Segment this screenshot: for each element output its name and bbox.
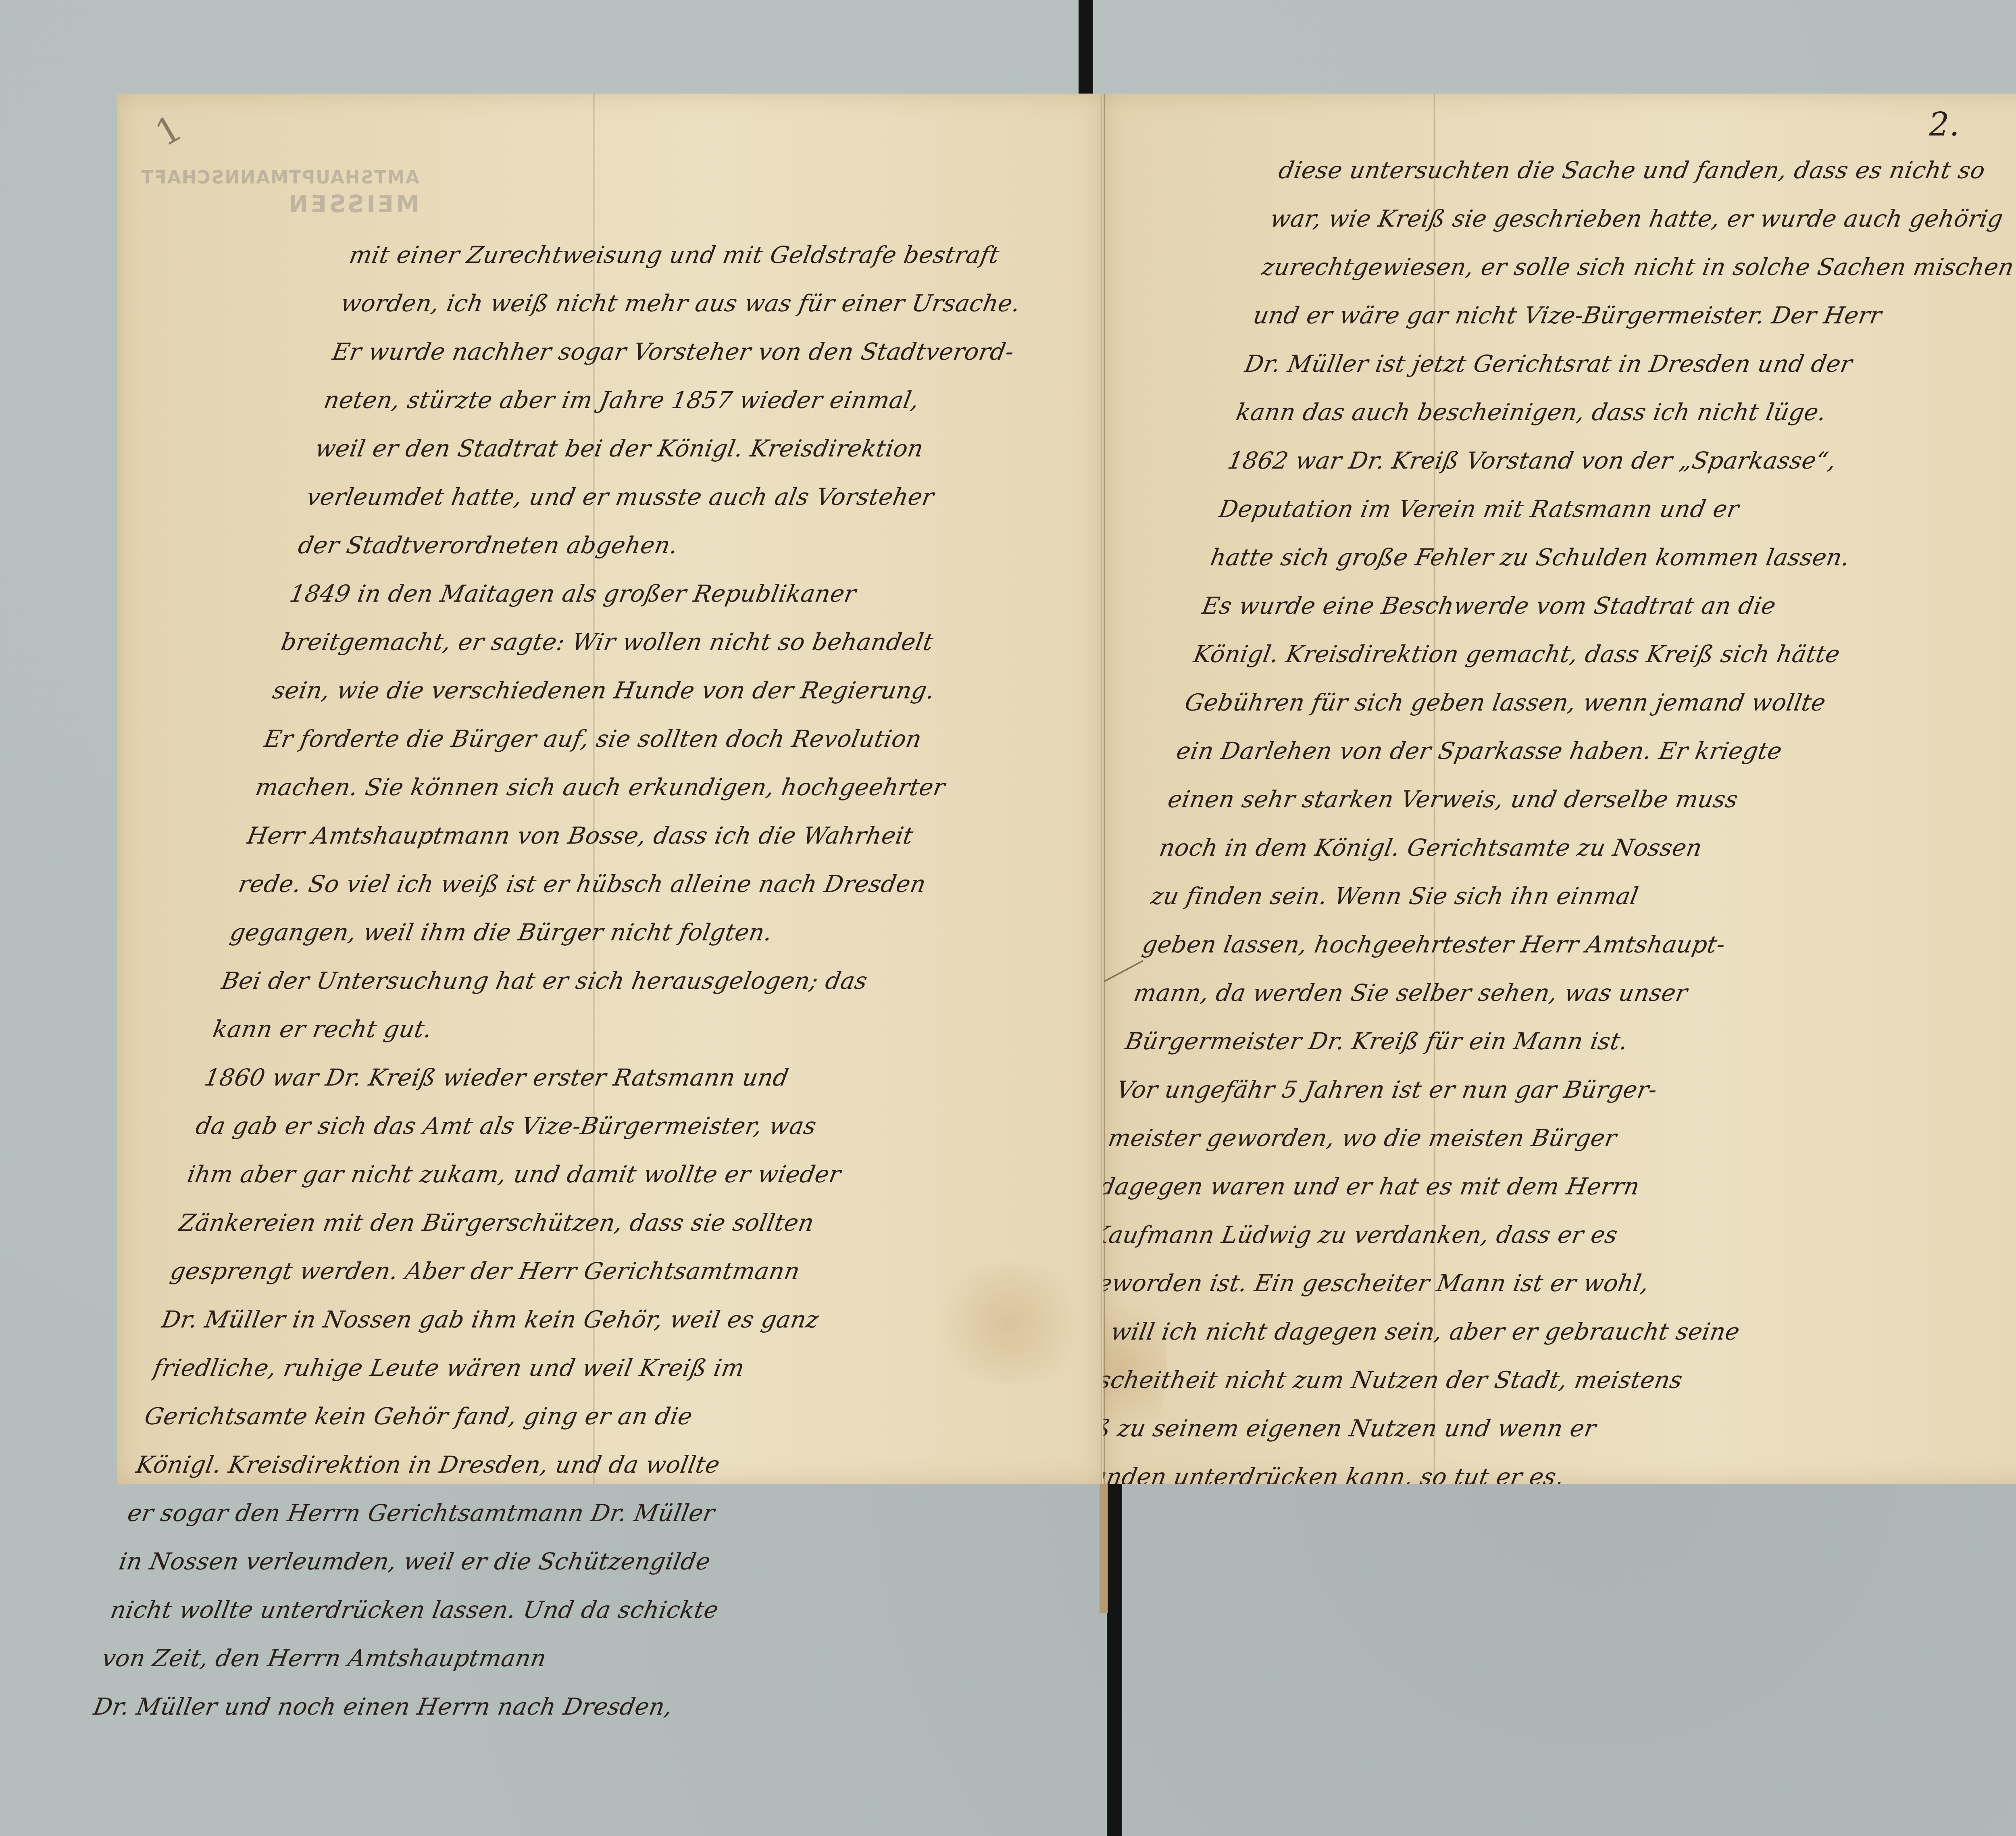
handwritten-line: machen. Sie können sich auch erkundigen,… xyxy=(252,763,1107,811)
handwritten-line: gesprengt werden. Aber der Herr Gerichts… xyxy=(166,1247,1021,1295)
handwritten-line: Königl. Kreisdirektion gemacht, dass Kre… xyxy=(1189,630,2016,678)
handwritten-line: gegangen, weil ihm die Bürger nicht folg… xyxy=(226,908,1081,957)
handwritten-line: 1862 war Dr. Kreiß Vorstand von der „Spa… xyxy=(1224,436,2016,485)
handwritten-line: einen sehr starken Verweis, und derselbe… xyxy=(1164,775,2016,823)
document-spread: 1 AMTSHAUPTMANNSCHAFT MEISSEN mit einer … xyxy=(117,94,2016,1484)
handwritten-line: und er wäre gar nicht Vize-Bürgermeister… xyxy=(1249,291,2016,340)
handwritten-line: ein Darlehen von der Sparkasse haben. Er… xyxy=(1173,727,2016,775)
handwritten-line: rede. So viel ich weiß ist er hübsch all… xyxy=(235,860,1090,908)
handwritten-line: diese untersuchten die Sache und fanden,… xyxy=(1275,146,2016,194)
handwritten-line: da will ich nicht dagegen sein, aber er … xyxy=(1070,1307,1966,1356)
handwritten-line: weil er den Stadtrat bei der Königl. Kre… xyxy=(311,424,1166,473)
handwritten-line: worden, ich weiß nicht mehr aus was für … xyxy=(337,279,1192,327)
handwritten-line: Dr. Müller in Nossen gab ihm kein Gehör,… xyxy=(158,1295,1013,1344)
handwritten-line: meister geworden, wo die meisten Bürger xyxy=(1104,1114,2000,1162)
spine-fold xyxy=(1101,94,1105,1484)
handwritten-line: Bei der Untersuchung hat er sich herausg… xyxy=(217,957,1073,1005)
handwritten-line: sein, wie die verschiedenen Hunde von de… xyxy=(269,666,1124,715)
handwritten-line: Dr. Müller ist jetzt Gerichtsrat in Dres… xyxy=(1241,340,2016,388)
handwritten-line: zurechtgewiesen, er solle sich nicht in … xyxy=(1258,243,2016,291)
handwritten-line: war, wie Kreiß sie geschrieben hatte, er… xyxy=(1266,194,2016,243)
handwritten-line: nicht wollte unterdrücken lassen. Und da… xyxy=(106,1586,962,1634)
handwritten-line: Zänkereien mit den Bürgerschützen, dass … xyxy=(175,1198,1030,1247)
left-page: 1 AMTSHAUPTMANNSCHAFT MEISSEN mit einer … xyxy=(117,94,1103,1484)
handwritten-line: von Zeit, den Herrn Amtshauptmann xyxy=(98,1634,953,1682)
handwritten-line: geben lassen, hochgeehrtester Herr Amtsh… xyxy=(1138,920,2016,969)
handwritten-line: kann er recht gut. xyxy=(209,1005,1064,1053)
handwritten-line: Kaufmann Lüdwig zu verdanken, dass er es xyxy=(1087,1211,1983,1259)
handwritten-line: 1860 war Dr. Kreiß wieder erster Ratsman… xyxy=(200,1053,1056,1102)
handwritten-line: da gab er sich das Amt als Vize-Bürgerme… xyxy=(192,1102,1047,1150)
handwritten-line: Bürgermeister Dr. Kreiß für ein Mann ist… xyxy=(1121,1017,2016,1065)
handwritten-line: Er forderte die Bürger auf, sie sollten … xyxy=(260,715,1115,763)
handwritten-line: breitgemacht, er sagte: Wir wollen nicht… xyxy=(277,618,1133,666)
handwritten-line: mit einer Zurechtweisung und mit Geldstr… xyxy=(346,231,1201,279)
handwritten-line: verleumdet hatte, und er musste auch als… xyxy=(303,473,1158,521)
handwritten-line: Dr. Müller und noch einen Herrn nach Dre… xyxy=(90,1682,945,1731)
handwritten-line: Gerichtsamte kein Gehör fand, ging er an… xyxy=(141,1392,996,1440)
handwritten-line: Er wurde nachher sogar Vorsteher von den… xyxy=(328,327,1183,376)
page-number: 2. xyxy=(1929,106,1960,143)
handwritten-line: in Nossen verleumden, weil er die Schütz… xyxy=(115,1537,971,1586)
handwritten-line: friedliche, ruhige Leute wären und weil … xyxy=(149,1344,1004,1392)
right-page: 2. diese untersuchten die Sache und fand… xyxy=(1103,94,2016,1484)
handwritten-line: Gebühren für sich geben lassen, wenn jem… xyxy=(1181,678,2016,727)
handwritten-line: hatte sich große Fehler zu Schulden komm… xyxy=(1207,533,2016,581)
handwritten-line: Vor ungefähr 5 Jahren ist er nun gar Bür… xyxy=(1113,1065,2008,1114)
margin-mark: 1 xyxy=(148,107,190,155)
right-page-text: diese untersuchten die Sache und fanden,… xyxy=(1019,146,2016,1646)
stamp-line: AMTSHAUPTMANNSCHAFT xyxy=(290,166,419,189)
handwritten-line: der Stadtverordneten abgehen. xyxy=(294,521,1150,569)
handwritten-line: zu finden sein. Wenn Sie sich ihn einmal xyxy=(1147,872,2016,920)
handwritten-line: kann das auch bescheinigen, dass ich nic… xyxy=(1232,388,2016,436)
handwritten-line: ihm aber gar nicht zukam, und damit woll… xyxy=(183,1150,1039,1198)
handwritten-line: geworden ist. Ein gescheiter Mann ist er… xyxy=(1079,1259,1974,1307)
handwritten-line: er sogar den Herrn Gerichtsamtmann Dr. M… xyxy=(124,1489,979,1537)
handwritten-line: noch in dem Königl. Gerichtsamte zu Noss… xyxy=(1156,823,2016,872)
spine-paper-strip xyxy=(1100,1484,1108,1613)
handwritten-line: Königl. Kreisdirektion in Dresden, und d… xyxy=(132,1440,987,1489)
handwritten-line: Es wurde eine Beschwerde vom Stadtrat an… xyxy=(1198,581,2016,630)
handwritten-line: mann, da werden Sie selber sehen, was un… xyxy=(1130,969,2016,1017)
handwritten-line: Herr Amtshauptmann von Bosse, dass ich d… xyxy=(243,811,1098,860)
stamp-line: MEISSEN xyxy=(290,189,419,219)
binder-strip-bottom xyxy=(1107,1484,1122,1836)
handwritten-line: neten, stürzte aber im Jahre 1857 wieder… xyxy=(320,376,1175,424)
handwritten-line: 1849 in den Maitagen als großer Republik… xyxy=(286,569,1141,618)
handwritten-line: bloß zu seinem eigenen Nutzen und wenn e… xyxy=(1053,1404,1949,1453)
handwritten-line: Gescheitheit nicht zum Nutzen der Stadt,… xyxy=(1062,1356,1957,1404)
handwritten-line: Deputation im Verein mit Ratsmann und er xyxy=(1215,485,2016,533)
handwritten-line: dagegen waren und er hat es mit dem Herr… xyxy=(1095,1162,1991,1211)
